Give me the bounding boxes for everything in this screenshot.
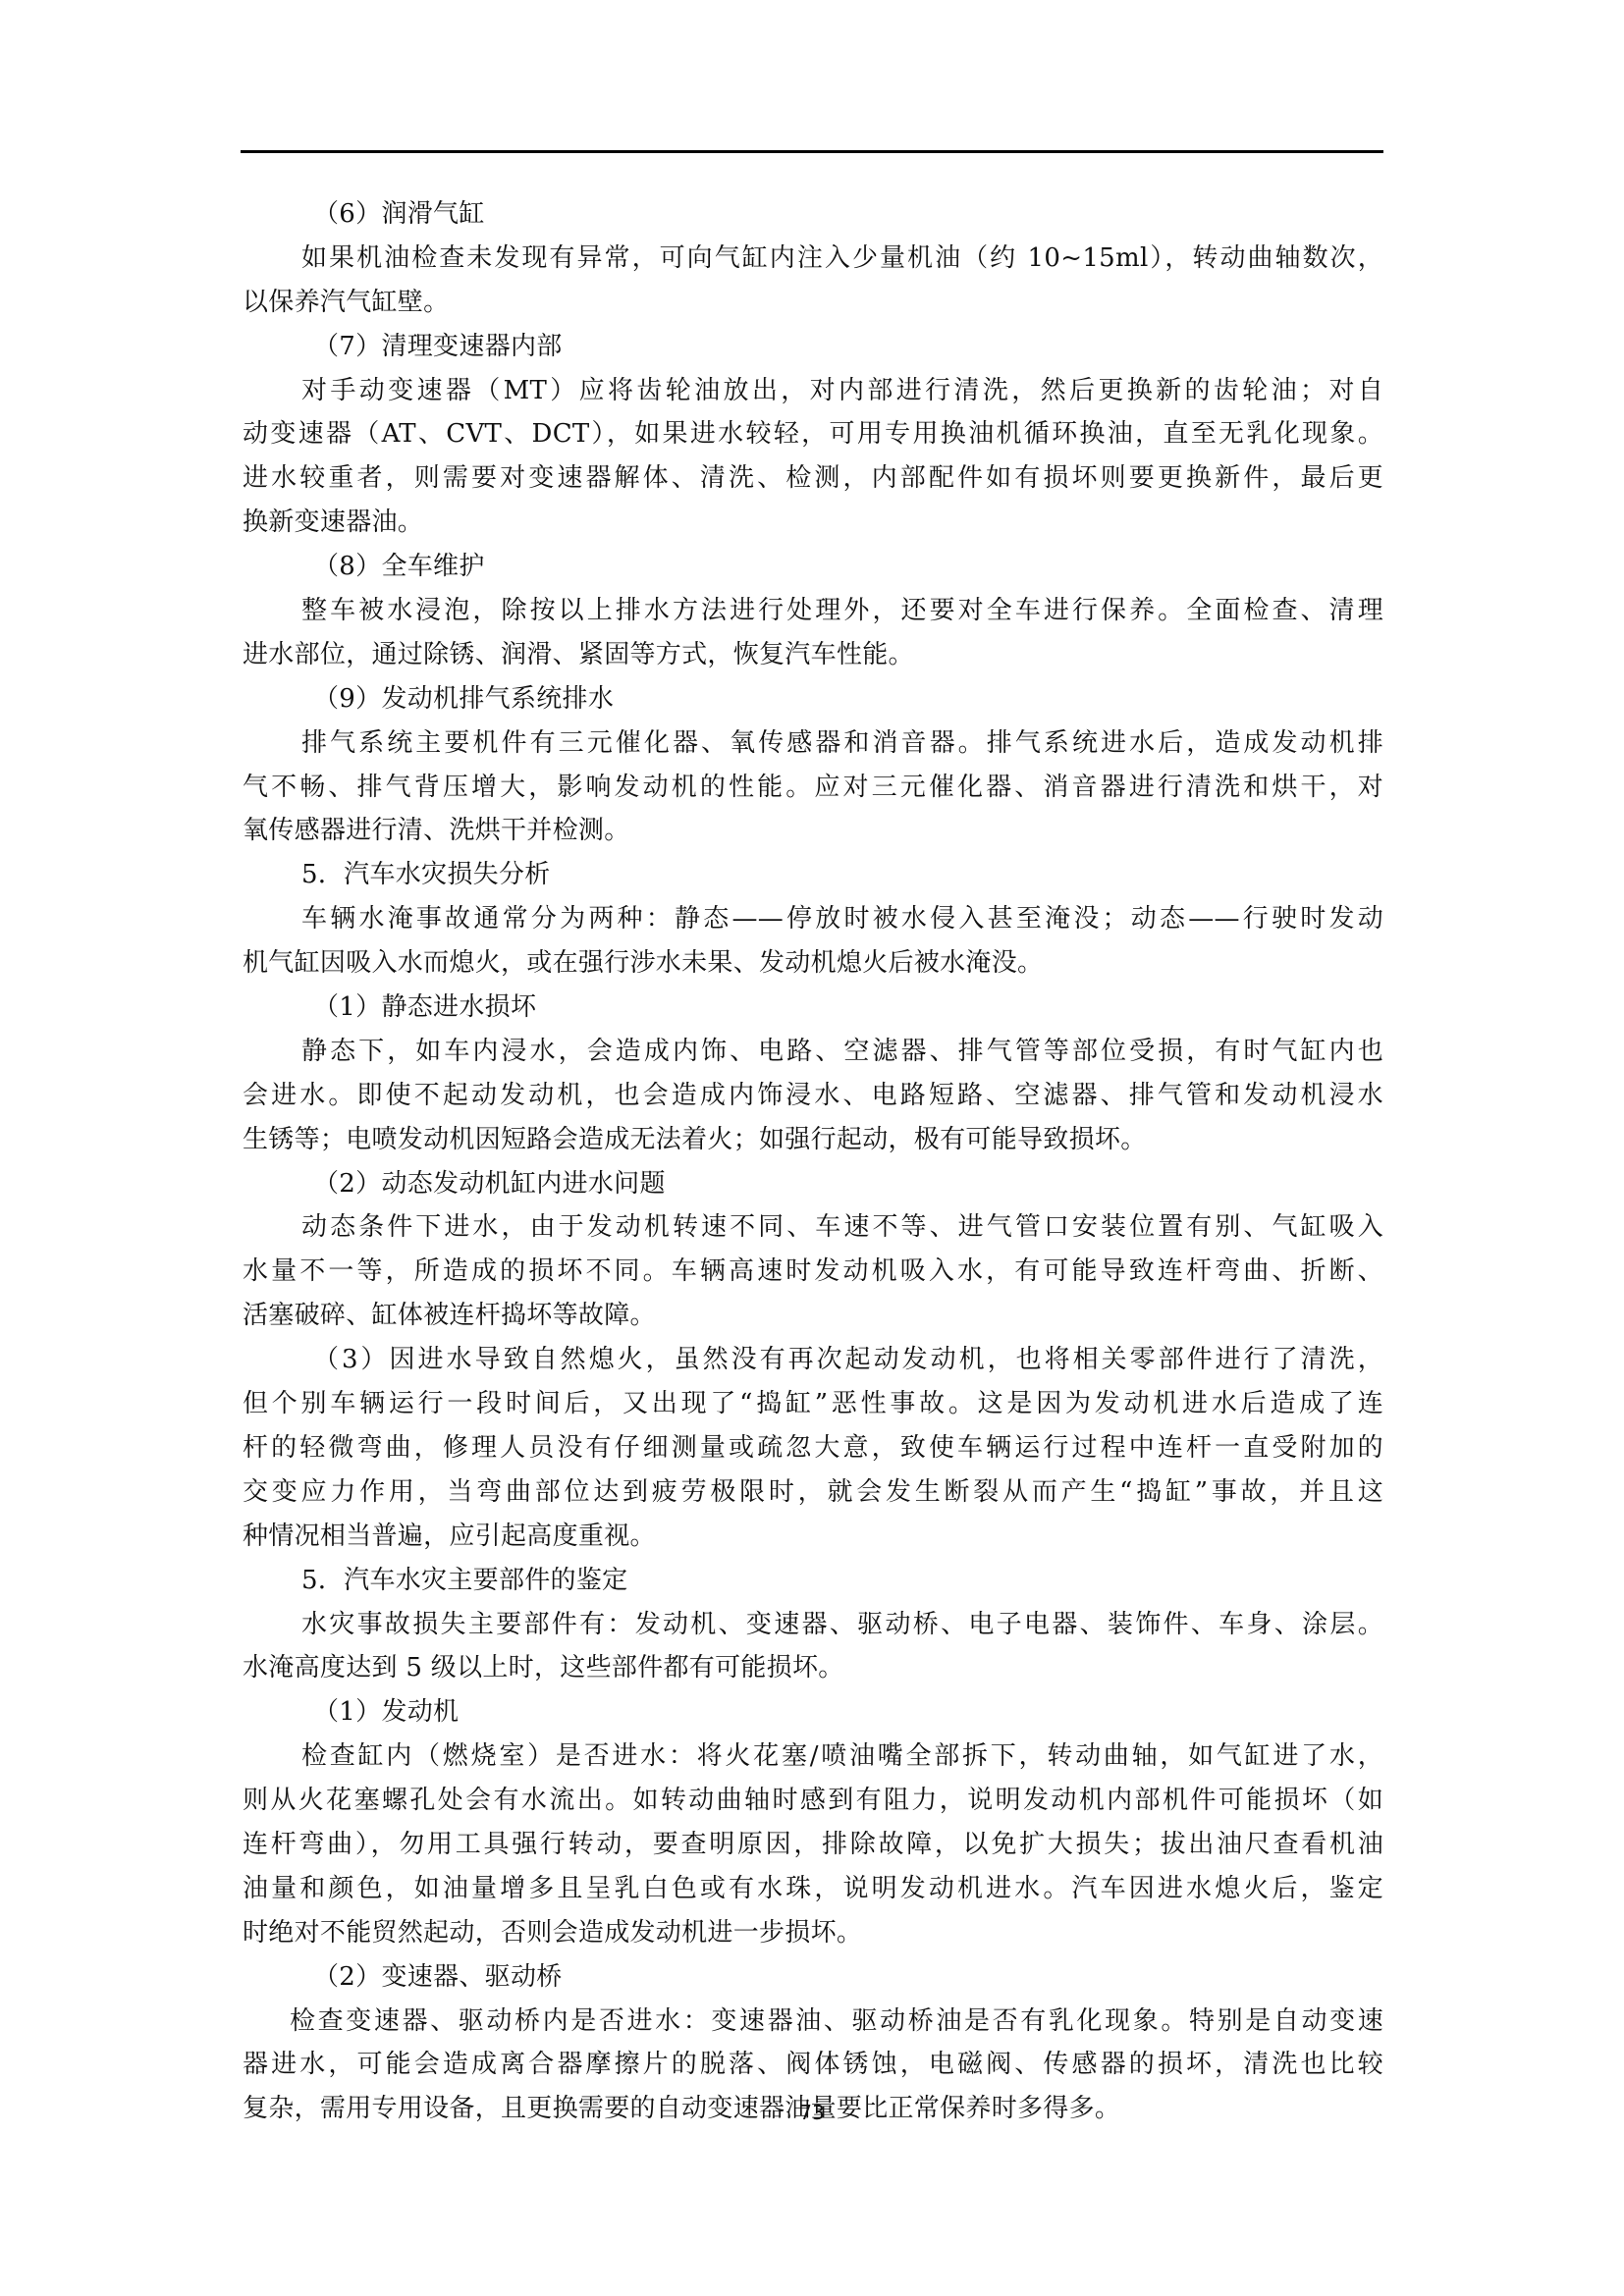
text-line: 生锈等；电喷发动机因短路会造成无法着火；如强行起动，极有可能导致损坏。 — [243, 1118, 1383, 1162]
text-line: 交变应力作用，当弯曲部位达到疲劳极限时，就会发生断裂从而产生“捣缸”事故，并且这 — [243, 1470, 1383, 1515]
text-line: 则从火花塞螺孔处会有水流出。如转动曲轴时感到有阻力，说明发动机内部机件可能损坏（… — [243, 1779, 1383, 1823]
text-line: 油量和颜色，如油量增多且呈乳白色或有水珠，说明发动机进水。汽车因进水熄火后，鉴定 — [243, 1867, 1383, 1911]
section-heading-line: （2）动态发动机缸内进水问题 — [243, 1162, 1383, 1206]
text-line: 换新变速器油。 — [243, 501, 1383, 545]
section-heading-line: （7）清理变速器内部 — [243, 325, 1383, 369]
header-rule — [241, 150, 1383, 153]
section-heading-line: （1）静态进水损坏 — [243, 986, 1383, 1030]
page-body: （6）润滑气缸如果机油检查未发现有异常，可向气缸内注入少量机油（约 10~15m… — [243, 192, 1383, 2131]
section-heading-line: （3）因进水导致自然熄火，虽然没有再次起动发动机，也将相关零部件进行了清洗， — [243, 1338, 1383, 1382]
text-line: 连杆弯曲），勿用工具强行转动，要查明原因，排除故障，以免扩大损失；拔出油尺查看机… — [243, 1823, 1383, 1867]
text-line: 整车被水浸泡，除按以上排水方法进行处理外，还要对全车进行保养。全面检查、清理 — [243, 589, 1383, 633]
text-line: 排气系统主要机件有三元催化器、氧传感器和消音器。排气系统进水后，造成发动机排 — [243, 721, 1383, 766]
text-line: 气不畅、排气背压增大，影响发动机的性能。应对三元催化器、消音器进行清洗和烘干，对 — [243, 766, 1383, 810]
text-line: 5．汽车水灾主要部件的鉴定 — [243, 1559, 1383, 1603]
page-number: 73 — [0, 2101, 1624, 2124]
text-line: 活塞破碎、缸体被连杆捣坏等故障。 — [243, 1294, 1383, 1338]
text-line: 氧传感器进行清、洗烘干并检测。 — [243, 809, 1383, 853]
text-line: 器进水，可能会造成离合器摩擦片的脱落、阀体锈蚀，电磁阀、传感器的损坏，清洗也比较 — [243, 2043, 1383, 2087]
text-line: 水量不一等，所造成的损坏不同。车辆高速时发动机吸入水，有可能导致连杆弯曲、折断、 — [243, 1250, 1383, 1294]
text-line: 进水部位，通过除锈、润滑、紧固等方式，恢复汽车性能。 — [243, 633, 1383, 677]
text-line: 对手动变速器（MT）应将齿轮油放出，对内部进行清洗，然后更换新的齿轮油；对自 — [243, 369, 1383, 413]
text-line: 以保养汽气缸壁。 — [243, 281, 1383, 325]
text-line: 进水较重者，则需要对变速器解体、清洗、检测，内部配件如有损坏则要更换新件，最后更 — [243, 456, 1383, 501]
text-line: 水灾事故损失主要部件有：发动机、变速器、驱动桥、电子电器、装饰件、车身、涂层。 — [243, 1603, 1383, 1647]
text-line: 杆的轻微弯曲，修理人员没有仔细测量或疏忽大意，致使车辆运行过程中连杆一直受附加的 — [243, 1426, 1383, 1470]
text-line: 车辆水淹事故通常分为两种：静态——停放时被水侵入甚至淹没；动态——行驶时发动 — [243, 897, 1383, 941]
text-line: 检查缸内（燃烧室）是否进水：将火花塞/喷油嘴全部拆下，转动曲轴，如气缸进了水， — [243, 1735, 1383, 1779]
text-line: 5．汽车水灾损失分析 — [243, 853, 1383, 897]
section-heading-line: （6）润滑气缸 — [243, 192, 1383, 237]
text-line: 机气缸因吸入水而熄火，或在强行涉水未果、发动机熄火后被水淹没。 — [243, 941, 1383, 986]
text-line: 动变速器（AT、CVT、DCT），如果进水较轻，可用专用换油机循环换油，直至无乳… — [243, 412, 1383, 456]
section-heading-line: （9）发动机排气系统排水 — [243, 677, 1383, 721]
text-line: 动态条件下进水，由于发动机转速不同、车速不等、进气管口安装位置有别、气缸吸入 — [243, 1205, 1383, 1250]
text-line: 检查变速器、驱动桥内是否进水：变速器油、驱动桥油是否有乳化现象。特别是自动变速 — [243, 2000, 1383, 2044]
text-line: 会进水。即使不起动发动机，也会造成内饰浸水、电路短路、空滤器、排气管和发动机浸水 — [243, 1074, 1383, 1118]
text-line: 但个别车辆运行一段时间后，又出现了“捣缸”恶性事故。这是因为发动机进水后造成了连 — [243, 1382, 1383, 1426]
text-line: 静态下，如车内浸水，会造成内饰、电路、空滤器、排气管等部位受损，有时气缸内也 — [243, 1030, 1383, 1074]
text-line: 水淹高度达到 5 级以上时，这些部件都有可能损坏。 — [243, 1646, 1383, 1690]
text-line: 如果机油检查未发现有异常，可向气缸内注入少量机油（约 10~15ml），转动曲轴… — [243, 237, 1383, 281]
text-line: 种情况相当普遍，应引起高度重视。 — [243, 1515, 1383, 1559]
text-line: 时绝对不能贸然起动，否则会造成发动机进一步损坏。 — [243, 1911, 1383, 1955]
section-heading-line: （1）发动机 — [243, 1690, 1383, 1735]
section-heading-line: （2）变速器、驱动桥 — [243, 1955, 1383, 2000]
section-heading-line: （8）全车维护 — [243, 545, 1383, 589]
